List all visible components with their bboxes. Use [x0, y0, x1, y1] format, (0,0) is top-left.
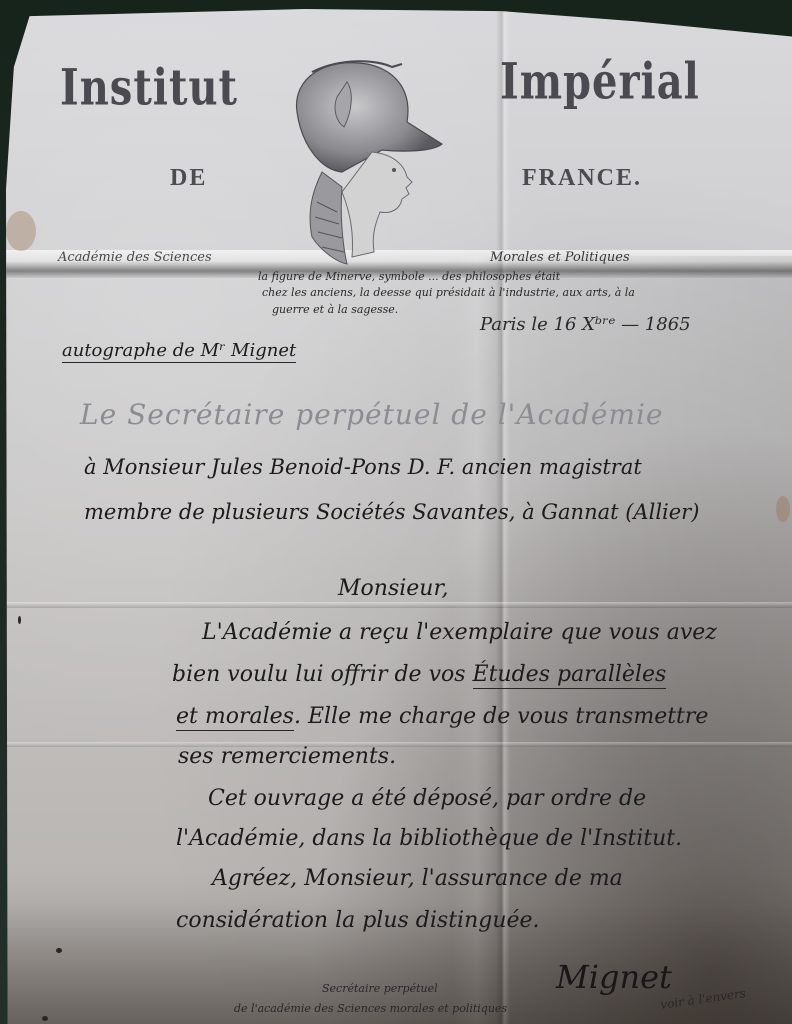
paper-stain	[6, 211, 36, 251]
body-line-7: Agréez, Monsieur, l'assurance de ma	[212, 866, 623, 891]
recipient-line-2: membre de plusieurs Sociétés Savantes, à…	[84, 500, 699, 524]
margin-note-line-3: guerre et à la sagesse.	[272, 303, 398, 316]
body-line-6: l'Académie, dans la bibliothèque de l'In…	[176, 826, 682, 851]
body-line-4: ses remerciements.	[178, 744, 396, 769]
autograph-annotation-text: autographe de Mʳ Mignet	[62, 340, 296, 363]
letterhead-title-left: Institut	[60, 58, 238, 117]
footer-note-line-2: de l'académie des Sciences morales et po…	[234, 1002, 507, 1015]
body-line-5: Cet ouvrage a été déposé, par ordre de	[208, 786, 646, 811]
salutation: Monsieur,	[338, 576, 449, 601]
body-line-8: considération la plus distinguée.	[176, 908, 540, 933]
body-text: bien voulu lui offrir de vos	[172, 662, 473, 687]
book-title-underlined: Études parallèles	[473, 662, 667, 689]
letterhead-sub-right: FRANCE.	[522, 165, 642, 192]
autograph-annotation: autographe de Mʳ Mignet	[62, 340, 296, 361]
letterhead-sub-left: DE	[170, 165, 207, 192]
body-text: Agréez, Monsieur, l'assurance de ma	[212, 866, 623, 891]
academy-label-left: Académie des Sciences	[58, 250, 212, 265]
sender-line: Le Secrétaire perpétuel de l'Académie	[80, 398, 664, 431]
body-text: . Elle me charge de vous transmettre	[294, 704, 708, 729]
minerva-portrait-icon	[282, 52, 452, 267]
letterhead-title-right: Impérial	[500, 52, 700, 111]
paper-mark	[18, 616, 21, 624]
recipient-line-1: à Monsieur Jules Benoid-Pons D. F. ancie…	[84, 455, 642, 479]
footer-note-line-1: Secrétaire perpétuel	[322, 982, 438, 995]
body-line-2: bien voulu lui offrir de vos Études para…	[172, 662, 666, 687]
margin-note-line-1: la figure de Minerve, symbole ... des ph…	[258, 270, 560, 283]
body-text: L'Académie a reçu l'exemplaire que vous …	[202, 620, 717, 645]
photo-background: Institut Impérial DE FRANCE. Académie de…	[0, 0, 792, 1024]
dateline: Paris le 16 Xᵇʳᵉ — 1865	[480, 314, 691, 335]
body-line-1: L'Académie a reçu l'exemplaire que vous …	[202, 620, 717, 645]
body-text: Cet ouvrage a été déposé, par ordre de	[208, 786, 646, 811]
margin-note-line-2: chez les anciens, la deesse qui présidai…	[262, 286, 635, 299]
paper-hole	[42, 1016, 48, 1021]
body-text: l'Académie, dans la bibliothèque de l'In…	[176, 826, 682, 851]
body-text: ses remerciements.	[178, 744, 396, 769]
body-text: considération la plus distinguée.	[176, 908, 540, 933]
paper-stain	[776, 496, 790, 522]
body-line-3: et morales. Elle me charge de vous trans…	[176, 704, 708, 729]
book-title-underlined: et morales	[176, 704, 294, 731]
academy-label-right: Morales et Politiques	[490, 250, 630, 265]
paper-hole	[56, 948, 62, 953]
signature: Mignet	[556, 958, 672, 996]
